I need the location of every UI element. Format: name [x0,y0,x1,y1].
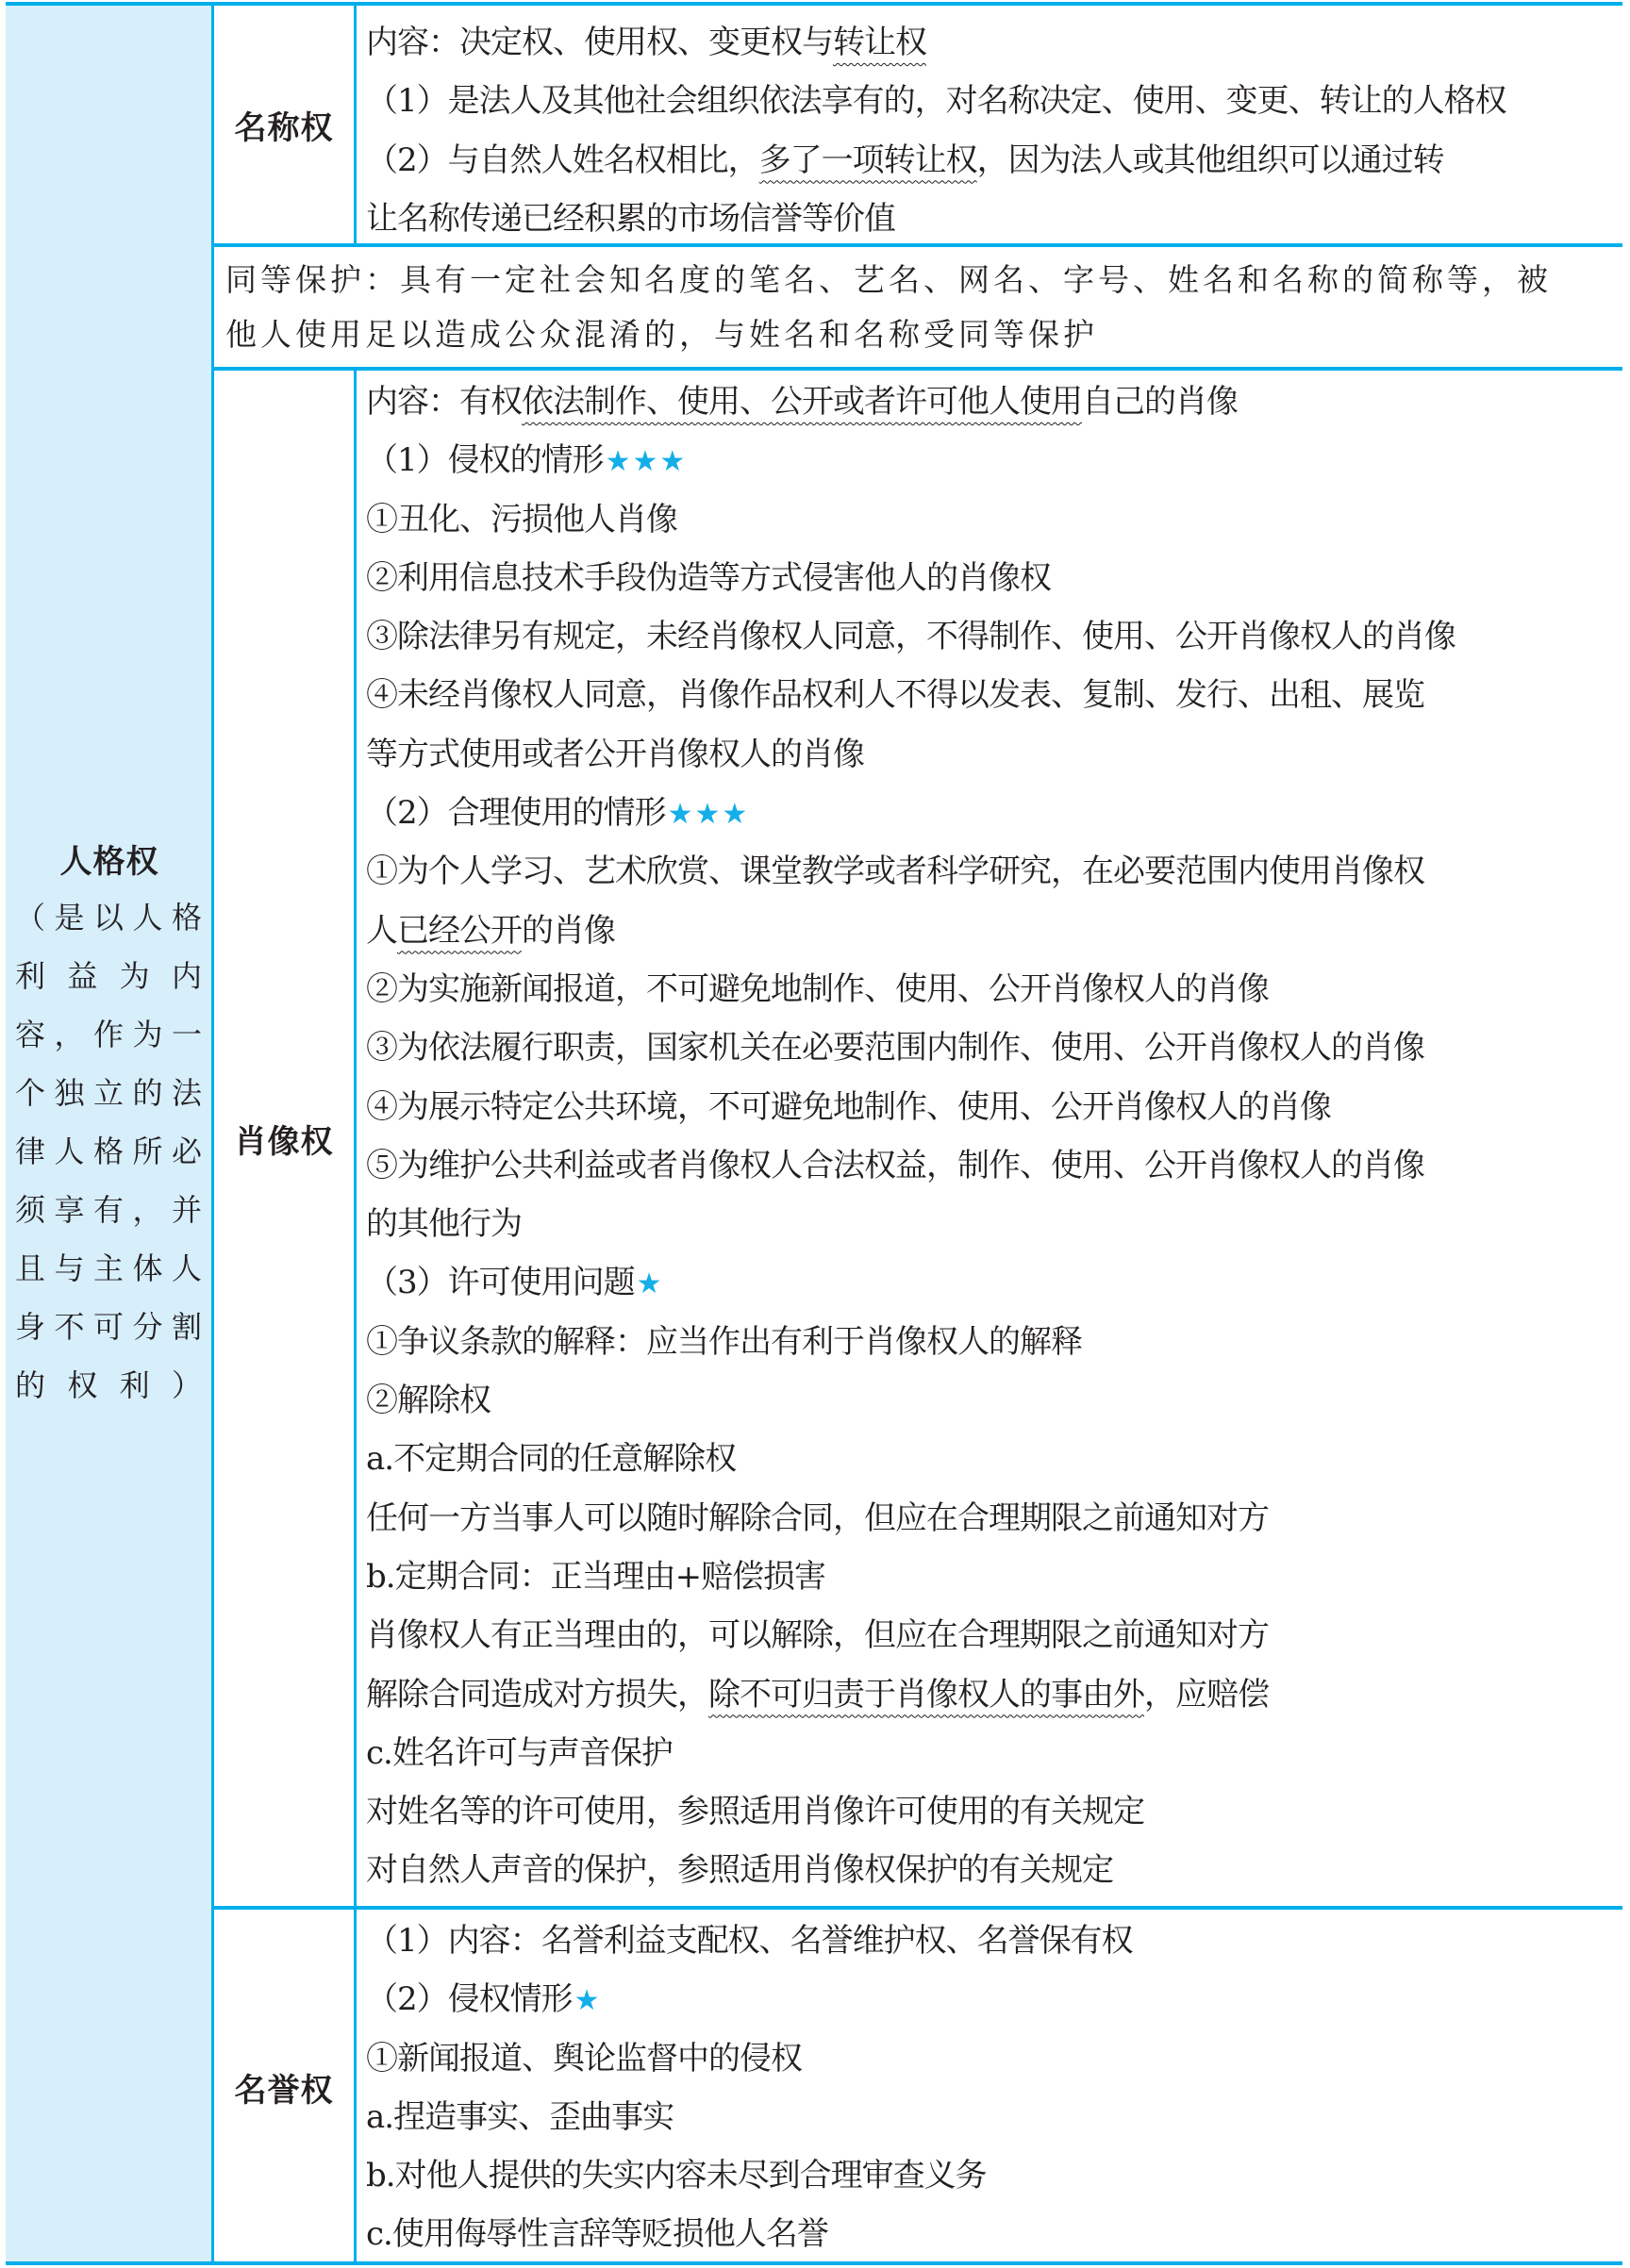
text-line: ②利用信息技术手段伪造等方式侵害他人的肖像权 [366,549,1613,607]
content-name-right: 内容：决定权、使用权、变更权与转让权（1）是法人及其他社会组织依法享有的，对名称… [357,6,1622,243]
text-line: ④未经肖像权人同意，肖像作品权利人不得以发表、复制、发行、出租、展览 [366,666,1613,724]
line-text: 对姓名等的许可使用，参照适用肖像许可使用的有关规定 [366,1793,1144,1830]
category-column: 人格权 （是以人格利益为内容，作为一个独立的法律人格所必须享有，并且与主体人身不… [6,6,214,2261]
text-line: ①争议条款的解释：应当作出有利于肖像权人的解释 [366,1313,1613,1371]
line-text: （3）许可使用问题 [366,1264,635,1301]
line-text: ，因为法人或其他组织可以通过转 [977,141,1444,179]
line-text: c.姓名许可与声音保护 [366,1734,673,1772]
line-text: ②为实施新闻报道，不可避免地制作、使用、公开肖像权人的肖像 [366,970,1269,1008]
text-line: a.捏造事实、歪曲事实 [366,2088,1613,2146]
star-rating-icon: ★ [637,1267,664,1300]
content-equal-protection: 同等保护：具有一定社会知名度的笔名、艺名、网名、字号、姓名和名称的简称等，被 他… [214,247,1622,367]
line-text: ①争议条款的解释：应当作出有利于肖像权人的解释 [366,1323,1082,1361]
line-text: ①丑化、污损他人肖像 [366,501,677,538]
line-text: ②解除权 [366,1382,491,1419]
text-line: ③为依法履行职责，国家机关在必要范围内制作、使用、公开肖像权人的肖像 [366,1018,1613,1077]
emphasis-text: 转让权 [833,24,926,61]
text-line: （1）侵权的情形★★★ [366,431,1613,489]
row-portrait-right: 肖像权 内容：有权依法制作、使用、公开或者许可他人使用自己的肖像（1）侵权的情形… [214,371,1622,1910]
text-line: 同等保护：具有一定社会知名度的笔名、艺名、网名、字号、姓名和名称的简称等，被 [225,253,1611,307]
line-text: 肖像权人有正当理由的，可以解除，但应在合理期限之前通知对方 [366,1616,1269,1654]
star-rating-icon: ★★★ [606,445,688,478]
line-text: ，应赔偿 [1144,1676,1269,1713]
line-text: b.定期合同：正当理由+赔偿损害 [366,1558,825,1596]
text-line: 人已经公开的肖像 [366,902,1613,960]
text-line: ②解除权 [366,1371,1613,1430]
text-line: （3）许可使用问题★ [366,1253,1613,1312]
text-line: 内容：决定权、使用权、变更权与转让权 [366,13,1613,72]
text-line: （2）合理使用的情形★★★ [366,784,1613,842]
line-text: ①新闻报道、舆论监督中的侵权 [366,2040,802,2078]
line-text: 解除合同造成对方损失， [366,1676,708,1713]
label-name-right: 名称权 [214,6,357,243]
text-line: （1）内容：名誉利益支配权、名誉维护权、名誉保有权 [366,1912,1613,1970]
line-text: 内容：有权 [366,383,522,421]
text-line: 他人使用足以造成公众混淆的，与姓名和名称受同等保护 [225,307,1611,362]
line-text: ④为展示特定公共环境，不可避免地制作、使用、公开肖像权人的肖像 [366,1088,1331,1126]
category-description: （是以人格利益为内容，作为一个独立的法律人格所必须享有，并且与主体人身不可分割的… [15,888,204,1415]
text-line: 内容：有权依法制作、使用、公开或者许可他人使用自己的肖像 [366,372,1613,431]
line-text: 自己的肖像 [1082,383,1238,421]
text-line: 解除合同造成对方损失，除不可归责于肖像权人的事由外，应赔偿 [366,1665,1613,1724]
line-text: （2）合理使用的情形 [366,794,666,832]
line-text: ①为个人学习、艺术欣赏、课堂教学或者科学研究，在必要范围内使用肖像权 [366,853,1424,890]
line-text: ③为依法履行职责，国家机关在必要范围内制作、使用、公开肖像权人的肖像 [366,1029,1424,1067]
text-line: 等方式使用或者公开肖像权人的肖像 [366,725,1613,784]
line-text: b.对他人提供的失实内容未尽到合理审查义务 [366,2157,987,2194]
line-text: ③除法律另有规定，未经肖像权人同意，不得制作、使用、公开肖像权人的肖像 [366,618,1455,655]
text-line: 让名称传递已经积累的市场信誉等价值 [366,190,1613,248]
emphasis-text: 多了一项转让权 [759,141,977,179]
emphasis-text: 除不可归责于肖像权人的事由外 [708,1676,1144,1713]
row-equal-protection: 同等保护：具有一定社会知名度的笔名、艺名、网名、字号、姓名和名称的简称等，被 他… [214,247,1622,371]
line-text: a.捏造事实、歪曲事实 [366,2098,674,2136]
content-portrait-right: 内容：有权依法制作、使用、公开或者许可他人使用自己的肖像（1）侵权的情形★★★①… [357,371,1622,1906]
text-line: ②为实施新闻报道，不可避免地制作、使用、公开肖像权人的肖像 [366,960,1613,1018]
text-line: 任何一方当事人可以随时解除合同，但应在合理期限之前通知对方 [366,1489,1613,1548]
text-line: 的其他行为 [366,1195,1613,1253]
line-text: （1）内容：名誉利益支配权、名誉维护权、名誉保有权 [366,1922,1133,1960]
line-text: 让名称传递已经积累的市场信誉等价值 [366,200,895,238]
line-text: （1）侵权的情形 [366,441,604,479]
text-line: b.对他人提供的失实内容未尽到合理审查义务 [366,2146,1613,2205]
text-line: （1）是法人及其他社会组织依法享有的，对名称决定、使用、变更、转让的人格权 [366,72,1613,130]
line-text: 的其他行为 [366,1205,522,1243]
content-reputation-right: （1）内容：名誉利益支配权、名誉维护权、名誉保有权（2）侵权情形★①新闻报道、舆… [357,1910,1622,2265]
emphasis-text: 依法制作、使用、公开或者许可他人使用 [522,383,1082,421]
personality-rights-table: 人格权 （是以人格利益为内容，作为一个独立的法律人格所必须享有，并且与主体人身不… [6,2,1622,2265]
line-text: 对自然人声音的保护，参照适用肖像权保护的有关规定 [366,1851,1113,1889]
line-text: 人 [366,912,397,950]
star-rating-icon: ★ [574,1984,602,2017]
text-line: c.姓名许可与声音保护 [366,1724,1613,1782]
label-portrait-right: 肖像权 [214,371,357,1906]
row-reputation-right: 名誉权 （1）内容：名誉利益支配权、名誉维护权、名誉保有权（2）侵权情形★①新闻… [214,1910,1622,2265]
line-text: c.使用侮辱性言辞等贬损他人名誉 [366,2215,828,2253]
row-name-right: 名称权 内容：决定权、使用权、变更权与转让权（1）是法人及其他社会组织依法享有的… [214,6,1622,247]
text-line: 对姓名等的许可使用，参照适用肖像许可使用的有关规定 [366,1782,1613,1841]
text-line: ③除法律另有规定，未经肖像权人同意，不得制作、使用、公开肖像权人的肖像 [366,607,1613,666]
text-line: ①丑化、污损他人肖像 [366,490,1613,549]
text-line: c.使用侮辱性言辞等贬损他人名誉 [366,2205,1613,2263]
line-text: （2）侵权情形 [366,1980,573,2018]
text-line: ④为展示特定公共环境，不可避免地制作、使用、公开肖像权人的肖像 [366,1078,1613,1136]
text-line: 肖像权人有正当理由的，可以解除，但应在合理期限之前通知对方 [366,1606,1613,1664]
text-line: a.不定期合同的任意解除权 [366,1430,1613,1488]
label-reputation-right: 名誉权 [214,1910,357,2265]
line-text: （2）与自然人姓名权相比， [366,141,759,179]
line-text: 的肖像 [522,912,615,950]
category-title: 人格权 [15,836,204,888]
text-line: （2）与自然人姓名权相比，多了一项转让权，因为法人或其他组织可以通过转 [366,131,1613,190]
line-text: 任何一方当事人可以随时解除合同，但应在合理期限之前通知对方 [366,1499,1269,1537]
line-text: ②利用信息技术手段伪造等方式侵害他人的肖像权 [366,559,1051,597]
line-text: a.不定期合同的任意解除权 [366,1440,736,1478]
text-line: ⑤为维护公共利益或者肖像权人合法权益，制作、使用、公开肖像权人的肖像 [366,1136,1613,1195]
text-line: b.定期合同：正当理由+赔偿损害 [366,1548,1613,1606]
text-line: （2）侵权情形★ [366,1970,1613,2028]
emphasis-text: 已经公开 [397,912,522,950]
text-line: ①新闻报道、舆论监督中的侵权 [366,2029,1613,2088]
line-text: ⑤为维护公共利益或者肖像权人合法权益，制作、使用、公开肖像权人的肖像 [366,1147,1424,1184]
text-line: ①为个人学习、艺术欣赏、课堂教学或者科学研究，在必要范围内使用肖像权 [366,842,1613,901]
line-text: ④未经肖像权人同意，肖像作品权利人不得以发表、复制、发行、出租、展览 [366,676,1424,714]
line-text: （1）是法人及其他社会组织依法享有的，对名称决定、使用、变更、转让的人格权 [366,82,1506,120]
text-line: 对自然人声音的保护，参照适用肖像权保护的有关规定 [366,1841,1613,1899]
star-rating-icon: ★★★ [668,798,750,831]
line-text: 等方式使用或者公开肖像权人的肖像 [366,736,864,773]
line-text: 内容：决定权、使用权、变更权与 [366,24,833,61]
